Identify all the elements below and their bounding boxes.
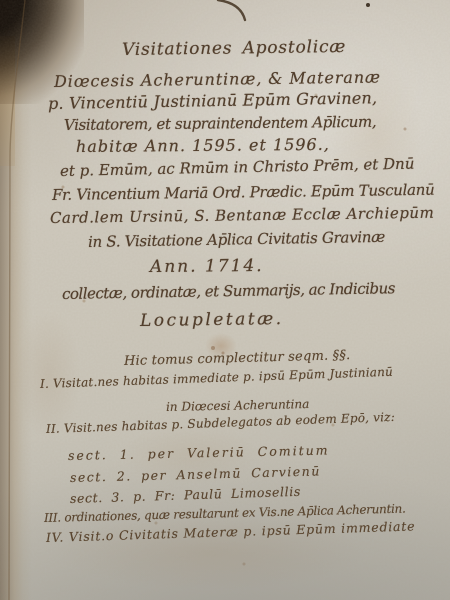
manuscript-title: Visitationes Apostolicæ bbox=[122, 37, 346, 60]
paper-specks bbox=[0, 0, 2, 2]
manuscript-line: Locupletatæ. bbox=[140, 309, 284, 331]
manuscript-page-photo: Visitationes Apostolicæ Diœcesis Acherun… bbox=[0, 0, 450, 600]
manuscript-line: Ann. 1714. bbox=[150, 256, 264, 277]
manuscript-line: Visitatorem, et supraintendentem Ap̄licu… bbox=[64, 113, 376, 134]
manuscript-line: habitæ Ann. 1595. et 1596., bbox=[76, 135, 330, 156]
manuscript-line: in Diœcesi Acheruntina bbox=[166, 397, 310, 414]
